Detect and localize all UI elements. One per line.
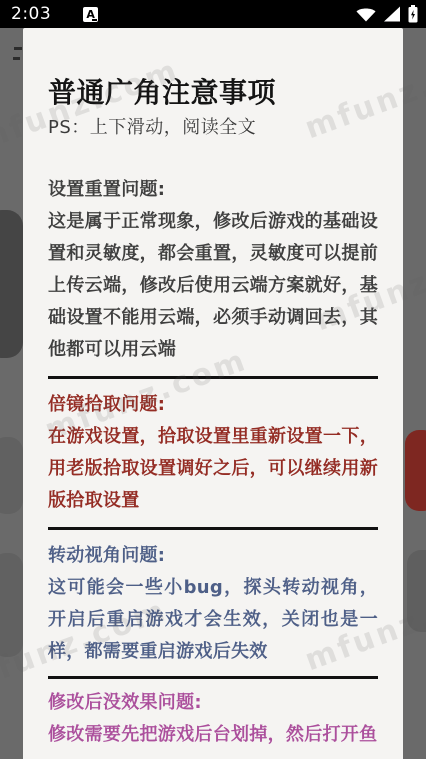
modal-title: 普通广角注意事项 xyxy=(48,76,378,110)
section-divider xyxy=(48,676,378,679)
section-heading: 转动视角问题: xyxy=(48,540,378,572)
section-body: 修改需要先把游戏后台划掉，然后打开鱼 xyxy=(48,719,378,751)
notice-section-scope-pickup: 倍镜拾取问题: 在游戏设置，拾取设置里重新设置一下，用老版拾取设置调好之后，可以… xyxy=(48,389,378,517)
status-bar-clock: 2:03 xyxy=(11,4,51,24)
section-body: 这是属于正常现象，修改后游戏的基础设置和灵敏度，都会重置，灵敏度可以提前上传云端… xyxy=(48,206,378,366)
section-heading: 修改后没效果问题: xyxy=(48,687,378,719)
section-body: 在游戏设置，拾取设置里重新设置一下，用老版拾取设置调好之后，可以继续用新版拾取设… xyxy=(48,421,378,517)
cellular-signal-icon xyxy=(383,6,401,22)
android-screen: 2:03 A 普通广角注意事项 PS：上下滑动，阅 xyxy=(0,0,426,759)
section-heading: 设置重置问题: xyxy=(48,174,378,206)
notice-modal-scroll-area[interactable]: 普通广角注意事项 PS：上下滑动，阅读全文 设置重置问题: 这是属于正常现象，修… xyxy=(23,28,403,759)
notice-section-settings-reset: 设置重置问题: 这是属于正常现象，修改后游戏的基础设置和灵敏度，都会重置，灵敏度… xyxy=(48,174,378,366)
modal-subtitle: PS：上下滑动，阅读全文 xyxy=(48,116,378,140)
status-bar[interactable]: 2:03 A xyxy=(0,0,426,28)
battery-charging-icon xyxy=(408,5,418,23)
input-method-icon: A xyxy=(83,7,98,22)
section-divider xyxy=(48,376,378,379)
section-divider xyxy=(48,527,378,530)
notice-section-rotate-view: 转动视角问题: 这可能会一些小bug，探头转动视角，开启后重启游戏才会生效，关闭… xyxy=(48,540,378,668)
section-heading: 倍镜拾取问题: xyxy=(48,389,378,421)
wifi-icon xyxy=(356,6,376,22)
section-body: 这可能会一些小bug，探头转动视角，开启后重启游戏才会生效，关闭也是一样，都需要… xyxy=(48,572,378,668)
notice-section-no-effect: 修改后没效果问题: 修改需要先把游戏后台划掉，然后打开鱼 xyxy=(48,687,378,751)
